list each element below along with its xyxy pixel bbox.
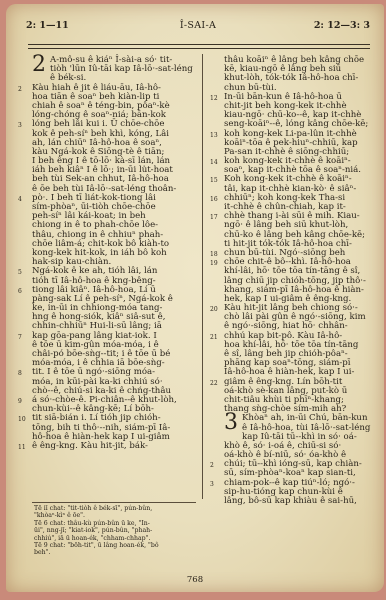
verse-number: 5 xyxy=(18,268,22,277)
footnote-line: Tē iī chat: "tit-tiòh ê bék-sī", pún-bûn… xyxy=(34,505,196,512)
footnote-line: chhiú", iā ū hoan-ék, "chham-chhap". xyxy=(34,535,196,542)
verse-number: 13 xyxy=(210,131,218,140)
verse-text: lâng, bô-sū kap khiàu ê sai-hū, xyxy=(224,496,357,506)
verse-number: 22 xyxy=(210,379,218,388)
text-line: 11ê êng-kng. Kàu hit-jit, bák- xyxy=(32,442,196,451)
verse-number: 17 xyxy=(210,213,218,222)
verse-number: 4 xyxy=(18,195,22,204)
verse-number: 6 xyxy=(18,287,22,296)
footnote-line: Tē 9 chat: "bōh-tit", ū lâng hoan-ék, "b… xyxy=(34,542,196,549)
verse-number: 2 xyxy=(210,461,214,470)
header-rule xyxy=(28,44,370,49)
verse-number: 15 xyxy=(210,176,218,185)
verse-number: 3 xyxy=(18,121,22,130)
verse-number: 9 xyxy=(18,397,22,406)
verse-number: 11 xyxy=(18,443,26,452)
footnote-line: Tē 6 chat: thâu-kù pún-bûn ū ke, "In- xyxy=(34,520,196,527)
right-column: thâu koāiⁿ ê lâng beh kâng chōekē, kiau-… xyxy=(224,56,382,506)
footnote-line: beh". xyxy=(34,549,196,556)
verse-number: 20 xyxy=(210,305,218,314)
verse-number: 16 xyxy=(210,195,218,204)
text-line: lâng, bô-sū kap khiàu ê sai-hū, xyxy=(224,497,382,506)
verse-number: 8 xyxy=(18,369,22,378)
verse-number: 7 xyxy=(18,333,22,342)
verse-number: 2 xyxy=(18,85,22,94)
footnote-line: ūi", nng-jī; "kiat-iok", pún-bûn, "phah- xyxy=(34,527,196,534)
column-divider xyxy=(202,54,203,499)
verse-number: 18 xyxy=(210,250,218,259)
footnote-line: "khòaⁿ-kìⁿ ê ōe". xyxy=(34,512,196,519)
running-header: 2: 1—11 Î-SAI-A 2: 12—3: 3 xyxy=(26,20,370,34)
page-number: 768 xyxy=(6,575,384,585)
verse-number: 12 xyxy=(210,94,218,103)
verse-number: 21 xyxy=(210,333,218,342)
verse-number: 10 xyxy=(18,415,26,424)
verse-number: 19 xyxy=(210,259,218,268)
book-page: 2: 1—11 Î-SAI-A 2: 12—3: 3 2A-mô-su ê ki… xyxy=(6,4,384,592)
verse-number: 3 xyxy=(210,480,214,489)
footnotes: Tē iī chat: "tit-tiòh ê bék-sī", pún-bûn… xyxy=(34,505,196,557)
footnote-rule xyxy=(32,502,196,503)
left-column: 2A-mô-su ê kiáⁿ Î-sài-a só· tit-tiòh 'lū… xyxy=(32,56,196,451)
verse-text: ê êng-kng. Kàu hit-jit, bák- xyxy=(32,441,148,451)
verse-number: 14 xyxy=(210,158,218,167)
header-right-reference: 2: 12—3: 3 xyxy=(314,20,370,31)
